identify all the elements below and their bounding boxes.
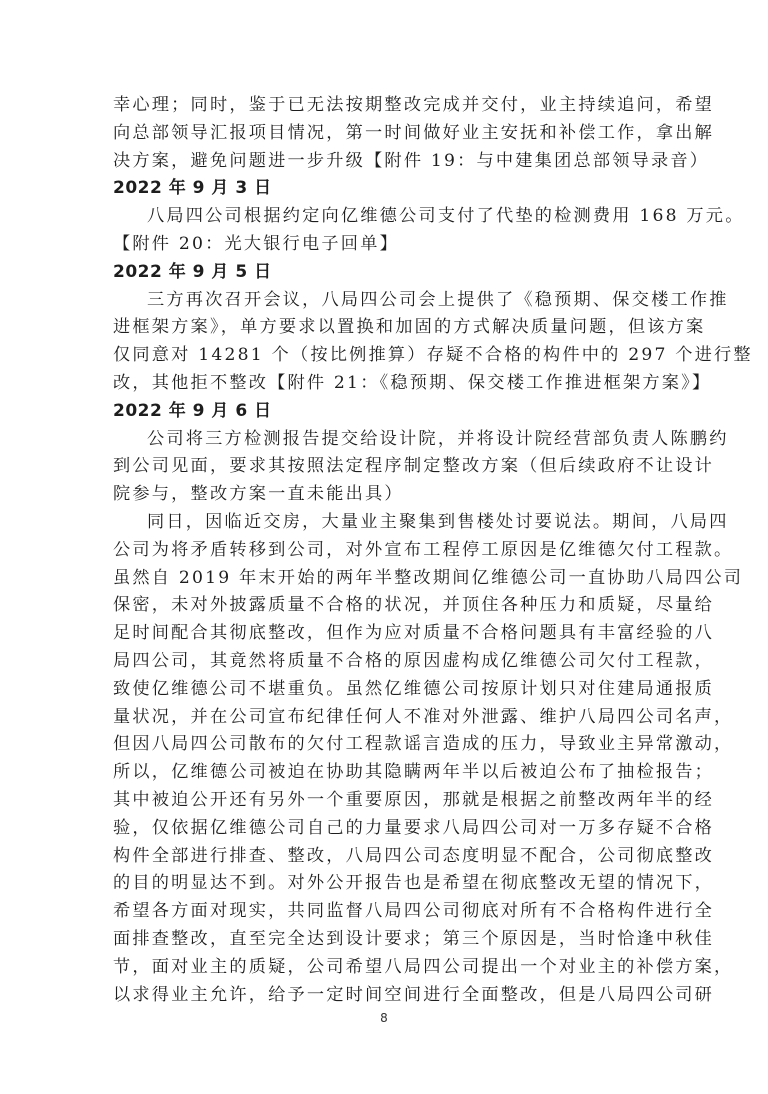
body-line: 其中被迫公开还有另外一个重要原因，那就是根据之前整改两年半的经 <box>113 787 645 815</box>
body-line: 节，面对业主的质疑，公司希望八局四公司提出一个对业主的补偿方案， <box>113 954 645 982</box>
paragraph-start: 同日，因临近交房，大量业主聚集到售楼处讨要说法。期间，八局四 <box>113 509 645 537</box>
body-line: 虽然自 2019 年末开始的两年半整改期间亿维德公司一直协助八局四公司 <box>113 565 645 593</box>
body-line: 向总部领导汇报项目情况，第一时间做好业主安抚和补偿工作，拿出解 <box>113 120 645 148</box>
document-body: 幸心理；同时，鉴于已无法按期整改完成并交付，业主持续追问，希望 向总部领导汇报项… <box>113 92 645 1009</box>
body-line: 局四公司，其竟然将质量不合格的原因虚构成亿维德公司欠付工程款， <box>113 648 645 676</box>
body-line: 验，仅依据亿维德公司自己的力量要求八局四公司对一万多存疑不合格 <box>113 815 645 843</box>
paragraph-start: 八局四公司根据约定向亿维德公司支付了代垫的检测费用 168 万元。 <box>113 203 645 231</box>
body-line: 量状况，并在公司宣布纪律任何人不准对外泄露、维护八局四公司名声， <box>113 704 645 732</box>
body-line: 【附件 20：光大银行电子回单】 <box>113 231 645 259</box>
page-number: 8 <box>0 1011 768 1025</box>
body-line: 的目的明显达不到。对外公开报告也是希望在彻底整改无望的情况下， <box>113 870 645 898</box>
body-line: 保密，未对外披露质量不合格的状况，并顶住各种压力和质疑，尽量给 <box>113 592 645 620</box>
body-line: 足时间配合其彻底整改，但作为应对质量不合格问题具有丰富经验的八 <box>113 620 645 648</box>
body-line: 改，其他拒不整改【附件 21：《稳预期、保交楼工作推进框架方案》】 <box>113 370 645 398</box>
body-line: 以求得业主允许，给予一定时间空间进行全面整改，但是八局四公司研 <box>113 982 645 1010</box>
date-heading: 2022 年 9 月 5 日 <box>113 259 645 287</box>
body-line: 院参与，整改方案一直未能出具） <box>113 481 645 509</box>
body-line: 公司为将矛盾转移到公司，对外宣布工程停工原因是亿维德欠付工程款。 <box>113 537 645 565</box>
body-line: 所以，亿维德公司被迫在协助其隐瞒两年半以后被迫公布了抽检报告； <box>113 759 645 787</box>
body-line: 决方案，避免问题进一步升级【附件 19：与中建集团总部领导录音） <box>113 148 645 176</box>
body-line: 但因八局四公司散布的欠付工程款谣言造成的压力，导致业主异常激动， <box>113 731 645 759</box>
date-heading: 2022 年 9 月 3 日 <box>113 175 645 203</box>
body-line: 面排查整改，直至完全达到设计要求；第三个原因是，当时恰逢中秋佳 <box>113 926 645 954</box>
paragraph-start: 公司将三方检测报告提交给设计院，并将设计院经营部负责人陈鹏约 <box>113 426 645 454</box>
date-heading: 2022 年 9 月 6 日 <box>113 398 645 426</box>
body-line: 幸心理；同时，鉴于已无法按期整改完成并交付，业主持续追问，希望 <box>113 92 645 120</box>
body-line: 仅同意对 14281 个（按比例推算）存疑不合格的构件中的 297 个进行整 <box>113 342 645 370</box>
body-line: 到公司见面，要求其按照法定程序制定整改方案（但后续政府不让设计 <box>113 453 645 481</box>
paragraph-start: 三方再次召开会议，八局四公司会上提供了《稳预期、保交楼工作推 <box>113 287 645 315</box>
body-line: 致使亿维德公司不堪重负。虽然亿维德公司按原计划只对住建局通报质 <box>113 676 645 704</box>
body-line: 进框架方案》，单方要求以置换和加固的方式解决质量问题，但该方案 <box>113 314 645 342</box>
body-line: 希望各方面对现实，共同监督八局四公司彻底对所有不合格构件进行全 <box>113 898 645 926</box>
body-line: 构件全部进行排查、整改，八局四公司态度明显不配合，公司彻底整改 <box>113 843 645 871</box>
